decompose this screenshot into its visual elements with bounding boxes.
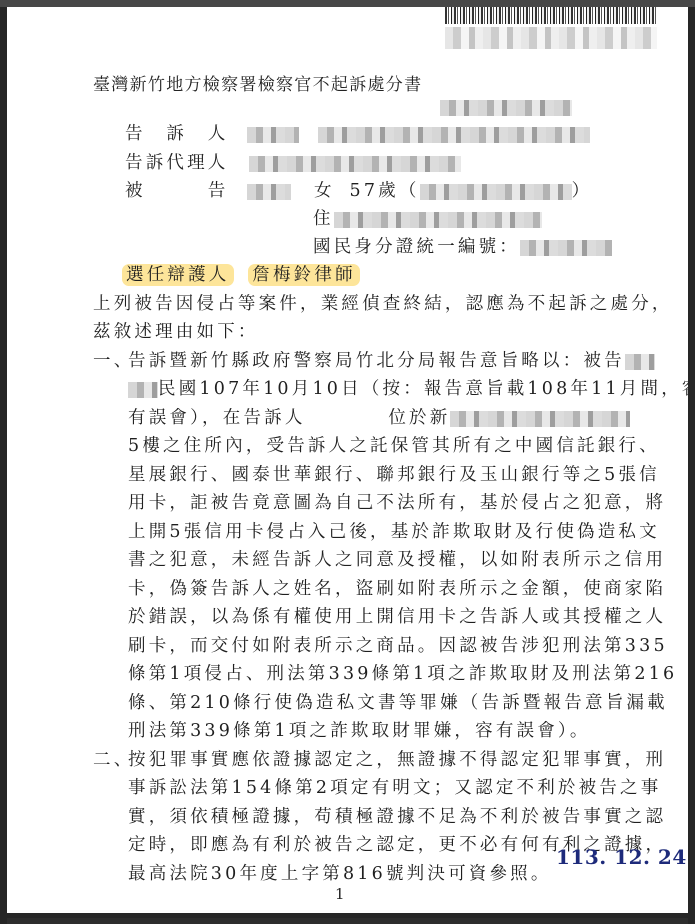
redacted-agent <box>249 156 461 172</box>
section-line: 條第1項侵占、刑法第339條第1項之詐欺取財及刑法第216 <box>128 660 677 685</box>
section-line: 告訴暨新竹縣政府警察局竹北分局報告意旨略以：被告 <box>128 347 655 372</box>
barcode-number-redacted <box>445 27 657 49</box>
party-label: 告訴代理人 <box>125 153 229 173</box>
date-stamp: 113. 12. 24 <box>556 845 687 869</box>
party-label: 被 告 <box>125 181 229 201</box>
redacted <box>128 382 158 398</box>
page-number: 1 <box>335 885 345 903</box>
defense-label: 選任辯護人 <box>122 264 234 286</box>
defendant-id: 國民身分證統一編號： <box>313 233 612 258</box>
section-line: 刷卡，而交付如附表所示之商品。因認被告涉犯刑法第335 <box>128 632 668 657</box>
address-label: 住 <box>313 209 334 229</box>
party-complainant: 告 訴 人 <box>125 120 590 145</box>
section-line: 用卡，詎被告竟意圖為自己不法所有，基於侵占之犯意，將 <box>128 489 666 514</box>
section-line: 最高法院30年度上字第816號判決可資參照。 <box>128 860 552 885</box>
redacted-address <box>318 127 590 143</box>
id-label: 國民身分證統一編號： <box>313 237 520 257</box>
section-line: 5樓之住所內，受告訴人之託保管其所有之中國信託銀行、 <box>128 432 660 457</box>
redacted-name <box>247 127 299 143</box>
section-line: 按犯罪事實應依證據認定之，無證據不得認定犯罪事實，刑 <box>128 746 666 771</box>
section-line: 卡，偽簽告訴人之姓名，盜刷如附表所示之金額，使商家陷 <box>128 575 666 600</box>
intro-line: 茲敘述理由如下： <box>93 318 259 343</box>
section-line: 有誤會），在告訴人 位於新 <box>128 404 630 429</box>
document-title: 臺灣新竹地方檢察署檢察官不起訴處分書 <box>93 70 422 95</box>
redacted-id <box>520 240 612 256</box>
defendant-age: 57歲 <box>350 181 399 201</box>
redacted <box>625 354 655 370</box>
defense-name: 詹梅鈴律師 <box>248 264 360 286</box>
case-number-redacted <box>440 100 572 116</box>
next-page-edge <box>7 918 688 924</box>
defendant-address: 住 <box>313 205 542 230</box>
party-label: 告 訴 人 <box>125 124 229 144</box>
party-defendant: 被 告 女 57歲（） <box>125 177 592 202</box>
section-line: 民國107年10月10日（按：報告意旨載108年11月間，容 <box>128 375 688 400</box>
party-complainant-agent: 告訴代理人 <box>125 149 461 174</box>
redacted-birth <box>420 184 572 200</box>
section-line: 刑法第339條第1項之詐欺取財罪嫌，容有誤會）。 <box>128 717 591 742</box>
viewer-top-bar <box>0 0 695 7</box>
document-page: 臺灣新竹地方檢察署檢察官不起訴處分書 告 訴 人 告訴代理人 被 告 女 57歲… <box>7 7 688 913</box>
redacted-address <box>450 411 630 427</box>
redacted-name <box>247 184 291 200</box>
section-line: 星展銀行、國泰世華銀行、聯邦銀行及玉山銀行等之5張信 <box>128 461 660 486</box>
section-line: 事訴訟法第154條第2項定有明文；又認定不利於被告之事 <box>128 774 661 799</box>
section-line: 實，須依積極證據，苟積極證據不足為不利於被告事實之認 <box>128 803 666 828</box>
barcode <box>445 7 657 24</box>
intro-line: 上列被告因侵占等案件，業經偵查終結，認應為不起訴之處分， <box>93 290 673 315</box>
defendant-gender: 女 <box>314 181 335 201</box>
redacted-address <box>334 212 542 228</box>
section-line: 條、第210條行使偽造私文書等罪嫌（告訴暨報告意旨漏載 <box>128 689 668 714</box>
section-line: 書之犯意，未經告訴人之同意及授權，以如附表所示之信用 <box>128 546 666 571</box>
defense-counsel: 選任辯護人 詹梅鈴律師 <box>122 261 360 286</box>
section-line: 於錯誤，以為係有權使用上開信用卡之告訴人或其授權之人 <box>128 603 666 628</box>
section-line: 上開5張信用卡侵占入己後，基於詐欺取財及行使偽造私文 <box>128 518 660 543</box>
